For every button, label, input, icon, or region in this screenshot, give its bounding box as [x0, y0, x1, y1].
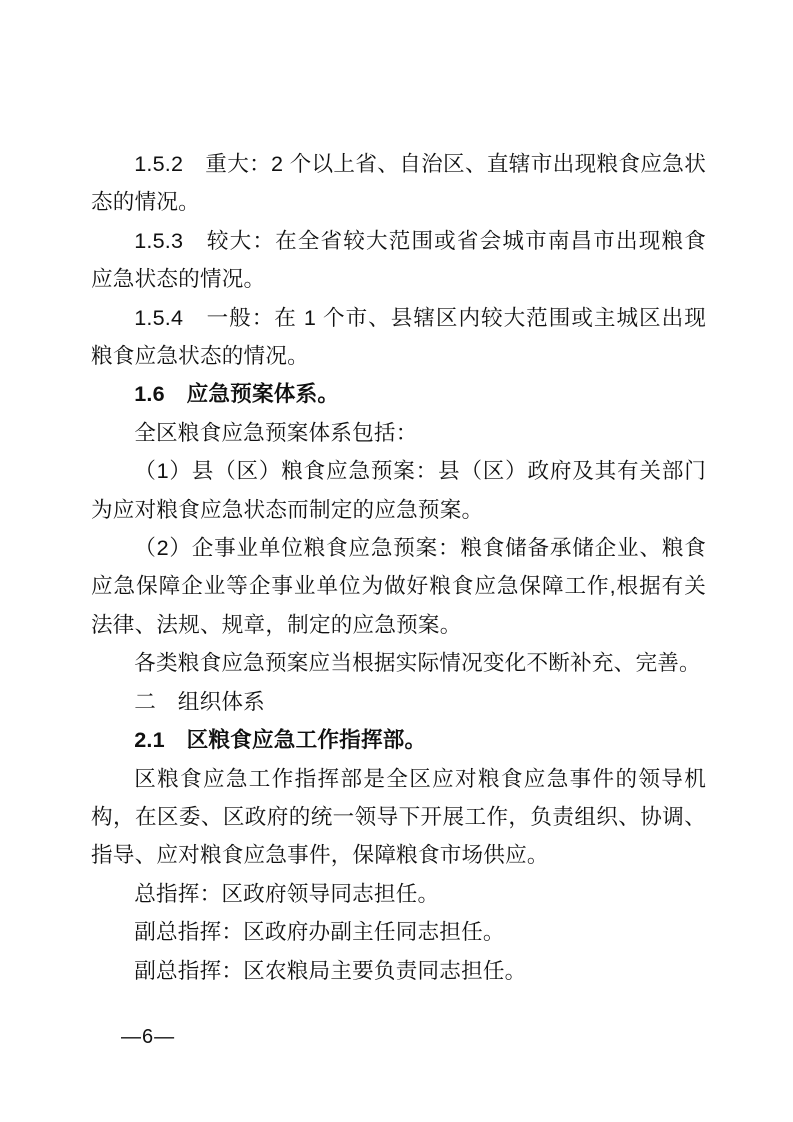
list-item-1: （1）县（区）粮食应急预案：县（区）政府及其有关部门为应对粮食应急状态而制定的应… — [91, 452, 706, 529]
para-system-intro: 全区粮食应急预案体系包括： — [91, 414, 706, 452]
heading-2-1: 2.1 区粮食应急工作指挥部。 — [91, 721, 706, 759]
para-deputy-2: 副总指挥：区农粮局主要负责同志担任。 — [91, 952, 706, 990]
document-page: 1.5.2 重大：2 个以上省、自治区、直辖市出现粮食应急状态的情况。 1.5.… — [0, 0, 793, 1122]
document-body: 1.5.2 重大：2 个以上省、自治区、直辖市出现粮食应急状态的情况。 1.5.… — [91, 145, 706, 990]
section-2-title: 二 组织体系 — [91, 683, 706, 721]
clause-1-5-2: 1.5.2 重大：2 个以上省、自治区、直辖市出现粮食应急状态的情况。 — [91, 145, 706, 222]
page-footer: —6— — [121, 1023, 175, 1051]
para-chief-commander: 总指挥：区政府领导同志担任。 — [91, 875, 706, 913]
list-item-2: （2）企事业单位粮食应急预案：粮食储备承储企业、粮食应急保障企业等企事业单位为做… — [91, 529, 706, 644]
para-hq-description: 区粮食应急工作指挥部是全区应对粮食应急事件的领导机构，在区委、区政府的统一领导下… — [91, 760, 706, 875]
page-number: —6— — [121, 1026, 175, 1048]
para-supplement: 各类粮食应急预案应当根据实际情况变化不断补充、完善。 — [91, 644, 706, 682]
heading-1-6: 1.6 应急预案体系。 — [91, 375, 706, 413]
clause-1-5-4: 1.5.4 一般：在 1 个市、县辖区内较大范围或主城区出现粮食应急状态的情况。 — [91, 299, 706, 376]
clause-1-5-3: 1.5.3 较大：在全省较大范围或省会城市南昌市出现粮食应急状态的情况。 — [91, 222, 706, 299]
para-deputy-1: 副总指挥：区政府办副主任同志担任。 — [91, 913, 706, 951]
